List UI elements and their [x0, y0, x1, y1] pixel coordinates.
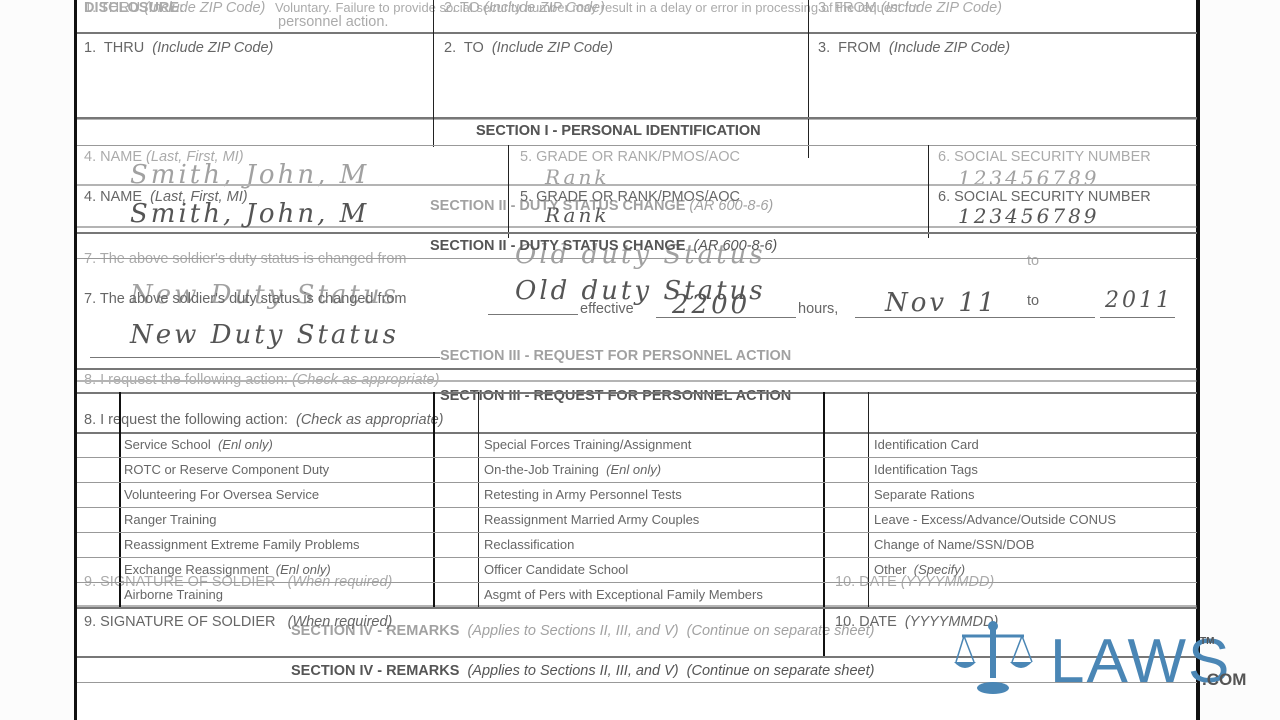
- to-hint: (Include ZIP Code): [492, 40, 613, 56]
- signature-field[interactable]: 9. SIGNATURE OF SOLDIER (When required): [84, 614, 392, 630]
- action-option[interactable]: Identification Card: [874, 437, 979, 452]
- action-option-label: Airborne Training: [124, 587, 223, 602]
- divider: [77, 457, 1197, 458]
- action-option[interactable]: Change of Name/SSN/DOB: [874, 537, 1034, 552]
- action-option-label: Identification Tags: [874, 462, 978, 477]
- action-option[interactable]: Volunteering For Oversea Service: [124, 487, 319, 502]
- divider: [433, 0, 434, 118]
- divider: [928, 145, 929, 238]
- from-hint: (Include ZIP Code): [889, 40, 1010, 56]
- action-option[interactable]: ROTC or Reserve Component Duty: [124, 462, 329, 477]
- divider: [868, 392, 869, 607]
- request-label: 8. I request the following action:: [84, 412, 288, 428]
- divider: [119, 392, 121, 607]
- action-option[interactable]: Reclassification: [484, 537, 574, 552]
- request-hint: (Check as appropriate): [296, 412, 444, 428]
- effective-date-value: Nov 11: [885, 288, 997, 318]
- action-option-label: Ranger Training: [124, 512, 217, 527]
- action-option-label: Reassignment Extreme Family Problems: [124, 537, 360, 552]
- action-option[interactable]: On-the-Job Training (Enl only): [484, 462, 661, 477]
- to-status-underline[interactable]: [90, 357, 440, 358]
- divider: [77, 557, 1197, 558]
- action-option-label: Asgmt of Pers with Exceptional Family Me…: [484, 587, 763, 602]
- action-option-label: Reassignment Married Army Couples: [484, 512, 699, 527]
- thru-hint: (Include ZIP Code): [152, 40, 273, 56]
- action-option[interactable]: Ranger Training: [124, 512, 217, 527]
- divider: [77, 532, 1197, 533]
- field-num: 1.: [84, 40, 96, 56]
- year-value: 2011: [1105, 288, 1173, 313]
- divider: [77, 145, 1197, 146]
- ssn-field[interactable]: 6. SOCIAL SECURITY NUMBER: [938, 189, 1151, 205]
- action-option[interactable]: Airborne Training: [124, 587, 223, 602]
- to-label: TO: [464, 40, 484, 56]
- effective-time-value: 2200: [672, 290, 750, 320]
- watermark-suffix: .COM: [1202, 670, 1246, 690]
- divider: [77, 32, 1197, 34]
- action-option[interactable]: Reassignment Extreme Family Problems: [124, 537, 360, 552]
- to-status-value: New Duty Status: [130, 320, 399, 350]
- from-label: FROM: [838, 40, 881, 56]
- duty-status-line: 7. The above soldier's duty status is ch…: [84, 291, 406, 307]
- divider: [77, 368, 1197, 370]
- action-option[interactable]: Other (Specify): [874, 562, 965, 577]
- year-underline[interactable]: [1100, 317, 1175, 318]
- divider: [77, 582, 1197, 583]
- form-primary: 1. THRU (Include ZIP Code) 2. TO (Includ…: [0, 0, 1280, 720]
- name-value: Smith, John, M: [130, 199, 369, 229]
- divider: [508, 145, 509, 238]
- action-option-label: Special Forces Training/Assignment: [484, 437, 691, 452]
- divider: [77, 482, 1197, 483]
- action-option-label: ROTC or Reserve Component Duty: [124, 462, 329, 477]
- divider: [808, 0, 809, 158]
- section4-hint2: (Continue on separate sheet): [687, 663, 875, 679]
- section2-ref: (AR 600-8-6): [693, 238, 777, 254]
- action-option-label: Retesting in Army Personnel Tests: [484, 487, 682, 502]
- to-label: to: [1027, 293, 1039, 309]
- divider: [77, 232, 1197, 234]
- action-option-label: On-the-Job Training: [484, 462, 599, 477]
- watermark-tm: TM: [1200, 636, 1214, 647]
- hours-label: hours,: [798, 301, 838, 317]
- action-option[interactable]: Separate Rations: [874, 487, 974, 502]
- action-option-hint: (Specify): [914, 562, 965, 577]
- divider: [77, 392, 1197, 394]
- field-num: 3.: [818, 40, 830, 56]
- action-option-label: Service School: [124, 437, 211, 452]
- from-status-underline[interactable]: [488, 314, 578, 315]
- divider: [77, 507, 1197, 508]
- divider: [77, 432, 1197, 434]
- action-option-label: Change of Name/SSN/DOB: [874, 537, 1034, 552]
- action-option-label: Leave - Excess/Advance/Outside CONUS: [874, 512, 1116, 527]
- divider: [478, 392, 479, 607]
- grade-value: Rank: [545, 203, 609, 227]
- date-label: 10. DATE: [835, 614, 897, 630]
- signature-hint: (When required): [288, 614, 393, 630]
- action-option-label: Officer Candidate School: [484, 562, 628, 577]
- thru-field[interactable]: 1. THRU (Include ZIP Code): [84, 40, 273, 56]
- divider: [433, 117, 434, 147]
- divider: [77, 258, 1197, 259]
- field-num: 2.: [444, 40, 456, 56]
- divider: [77, 607, 1197, 609]
- signature-label: 9. SIGNATURE OF SOLDIER: [84, 614, 276, 630]
- from-field[interactable]: 3. FROM (Include ZIP Code): [818, 40, 1010, 56]
- action-option[interactable]: Identification Tags: [874, 462, 978, 477]
- action-option[interactable]: Service School (Enl only): [124, 437, 273, 452]
- divider: [433, 392, 435, 607]
- action-option[interactable]: Retesting in Army Personnel Tests: [484, 487, 682, 502]
- action-option-label: Volunteering For Oversea Service: [124, 487, 319, 502]
- section4-title: SECTION IV - REMARKS: [291, 663, 459, 679]
- to-field[interactable]: 2. TO (Include ZIP Code): [444, 40, 613, 56]
- action-option-label: Identification Card: [874, 437, 979, 452]
- action-option[interactable]: Leave - Excess/Advance/Outside CONUS: [874, 512, 1116, 527]
- ssn-value: 123456789: [958, 204, 1100, 228]
- section4-hint1: (Applies to Sections II, III, and V): [467, 663, 678, 679]
- action-option-hint: (Enl only): [218, 437, 273, 452]
- action-option-label: Separate Rations: [874, 487, 974, 502]
- action-option-hint: (Enl only): [606, 462, 661, 477]
- action-option[interactable]: Asgmt of Pers with Exceptional Family Me…: [484, 587, 763, 602]
- section3-title: SECTION III - REQUEST FOR PERSONNEL ACTI…: [440, 388, 791, 404]
- section1-title: SECTION I - PERSONAL IDENTIFICATION: [476, 123, 761, 139]
- divider: [823, 392, 825, 657]
- thru-label: THRU: [104, 40, 144, 56]
- ssn-label: 6. SOCIAL SECURITY NUMBER: [938, 189, 1151, 205]
- action-option-hint: (Enl only): [276, 562, 331, 577]
- action-option[interactable]: Special Forces Training/Assignment: [484, 437, 691, 452]
- section2-title: SECTION II - DUTY STATUS CHANGE: [430, 238, 685, 254]
- divider: [77, 117, 1197, 119]
- action-option[interactable]: Officer Candidate School: [484, 562, 628, 577]
- action-option[interactable]: Reassignment Married Army Couples: [484, 512, 699, 527]
- action-option-label: Reclassification: [484, 537, 574, 552]
- action-option-label: Exchange Reassignment: [124, 562, 269, 577]
- effective-label: effective: [580, 301, 634, 317]
- action-option-label: Other: [874, 562, 907, 577]
- action-option[interactable]: Exchange Reassignment (Enl only): [124, 562, 331, 577]
